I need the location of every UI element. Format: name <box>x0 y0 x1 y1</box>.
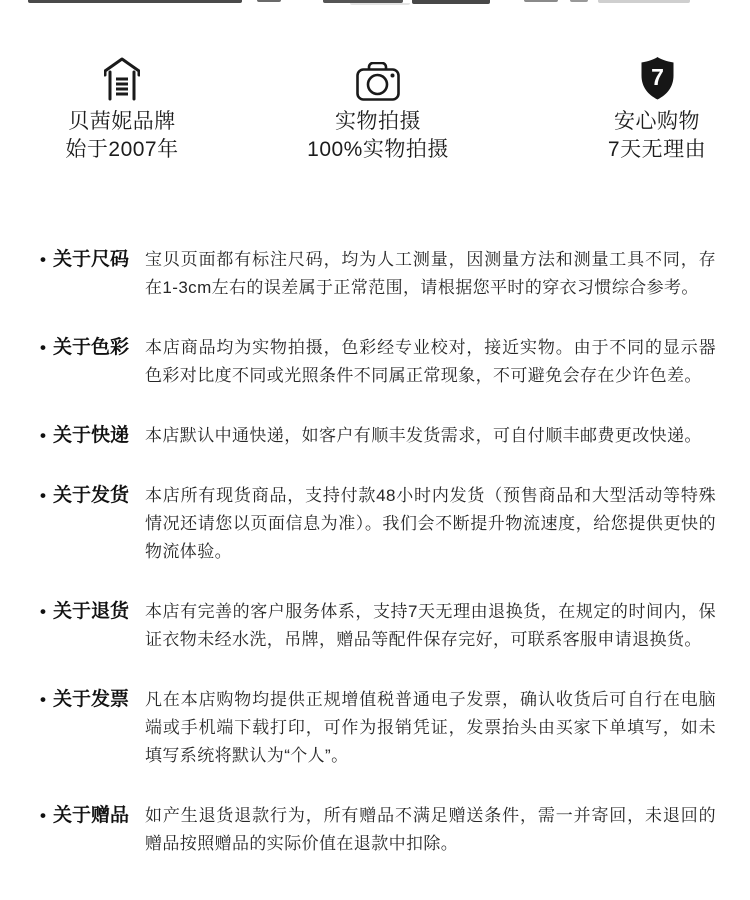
notice-text: 宝贝页面都有标注尺码，均为人工测量，因测量方法和测量工具不同，存在1-3cm左右… <box>145 246 716 302</box>
notice-label: 关于退货 <box>53 601 129 622</box>
notice-label-group: •关于赠品 <box>40 802 145 858</box>
bullet-icon: • <box>40 686 53 714</box>
notice-label-group: •关于发货 <box>40 482 145 566</box>
bullet-icon: • <box>40 482 53 510</box>
badge-real-photo-line1: 实物拍摄 <box>293 108 463 136</box>
badge-real-photo: 实物拍摄 100%实物拍摄 <box>293 54 463 164</box>
shield-7-icon: 7 <box>572 54 742 101</box>
bullet-icon: • <box>40 246 53 274</box>
notice-label: 关于发货 <box>53 485 129 506</box>
notice-label-group: •关于尺码 <box>40 246 145 302</box>
storefront-icon <box>37 54 207 101</box>
notice-list: •关于尺码 宝贝页面都有标注尺码，均为人工测量，因测量方法和测量工具不同，存在1… <box>40 246 716 890</box>
badge-brand: 贝茜妮品牌 始于2007年 <box>37 54 207 164</box>
notice-label-group: •关于退货 <box>40 598 145 654</box>
notice-label-group: •关于色彩 <box>40 334 145 390</box>
badge-worry-free-line1: 安心购物 <box>572 108 742 136</box>
notice-text: 本店默认中通快递，如客户有顺丰发货需求，可自付顺丰邮费更改快递。 <box>145 422 716 450</box>
badge-worry-free: 7 安心购物 7天无理由 <box>572 54 742 164</box>
notice-label-group: •关于发票 <box>40 686 145 770</box>
notice-label: 关于发票 <box>53 689 129 710</box>
notice-item: •关于尺码 宝贝页面都有标注尺码，均为人工测量，因测量方法和测量工具不同，存在1… <box>40 246 716 302</box>
notice-item: •关于发货 本店所有现货商品，支持付款48小时内发货（预售商品和大型活动等特殊情… <box>40 482 716 566</box>
bullet-icon: • <box>40 334 53 362</box>
notice-item: •关于赠品 如产生退货退款行为，所有赠品不满足赠送条件，需一并寄回，未退回的赠品… <box>40 802 716 858</box>
shield-number: 7 <box>651 64 664 90</box>
notice-text: 本店有完善的客户服务体系，支持7天无理由退换货，在规定的时间内，保证衣物未经水洗… <box>145 598 716 654</box>
badge-real-photo-line2: 100%实物拍摄 <box>293 136 463 164</box>
notice-text: 凡在本店购物均提供正规增值税普通电子发票，确认收货后可自行在电脑端或手机端下载打… <box>145 686 716 770</box>
bullet-icon: • <box>40 598 53 626</box>
store-notice-page: 贝茜妮品牌 始于2007年 实物拍摄 100%实物拍摄 7 安心购物 7天无理由 <box>0 0 750 900</box>
camera-icon <box>293 54 463 101</box>
notice-text: 如产生退货退款行为，所有赠品不满足赠送条件，需一并寄回，未退回的赠品按照赠品的实… <box>145 802 716 858</box>
notice-item: •关于退货 本店有完善的客户服务体系，支持7天无理由退换货，在规定的时间内，保证… <box>40 598 716 654</box>
notice-item: •关于快递 本店默认中通快递，如客户有顺丰发货需求，可自付顺丰邮费更改快递。 <box>40 422 716 450</box>
notice-label-group: •关于快递 <box>40 422 145 450</box>
bullet-icon: • <box>40 802 53 830</box>
cropped-content-remnant <box>0 0 750 6</box>
notice-item: •关于色彩 本店商品均为实物拍摄，色彩经专业校对，接近实物。由于不同的显示器色彩… <box>40 334 716 390</box>
notice-label: 关于色彩 <box>53 337 129 358</box>
notice-text: 本店所有现货商品，支持付款48小时内发货（预售商品和大型活动等特殊情况还请您以页… <box>145 482 716 566</box>
notice-item: •关于发票 凡在本店购物均提供正规增值税普通电子发票，确认收货后可自行在电脑端或… <box>40 686 716 770</box>
badge-worry-free-line2: 7天无理由 <box>572 136 742 164</box>
badge-brand-line2: 始于2007年 <box>37 136 207 164</box>
notice-label: 关于赠品 <box>53 805 129 826</box>
badge-brand-line1: 贝茜妮品牌 <box>37 108 207 136</box>
bullet-icon: • <box>40 422 53 450</box>
notice-label: 关于尺码 <box>53 249 129 270</box>
notice-label: 关于快递 <box>53 425 129 446</box>
notice-text: 本店商品均为实物拍摄，色彩经专业校对，接近实物。由于不同的显示器色彩对比度不同或… <box>145 334 716 390</box>
